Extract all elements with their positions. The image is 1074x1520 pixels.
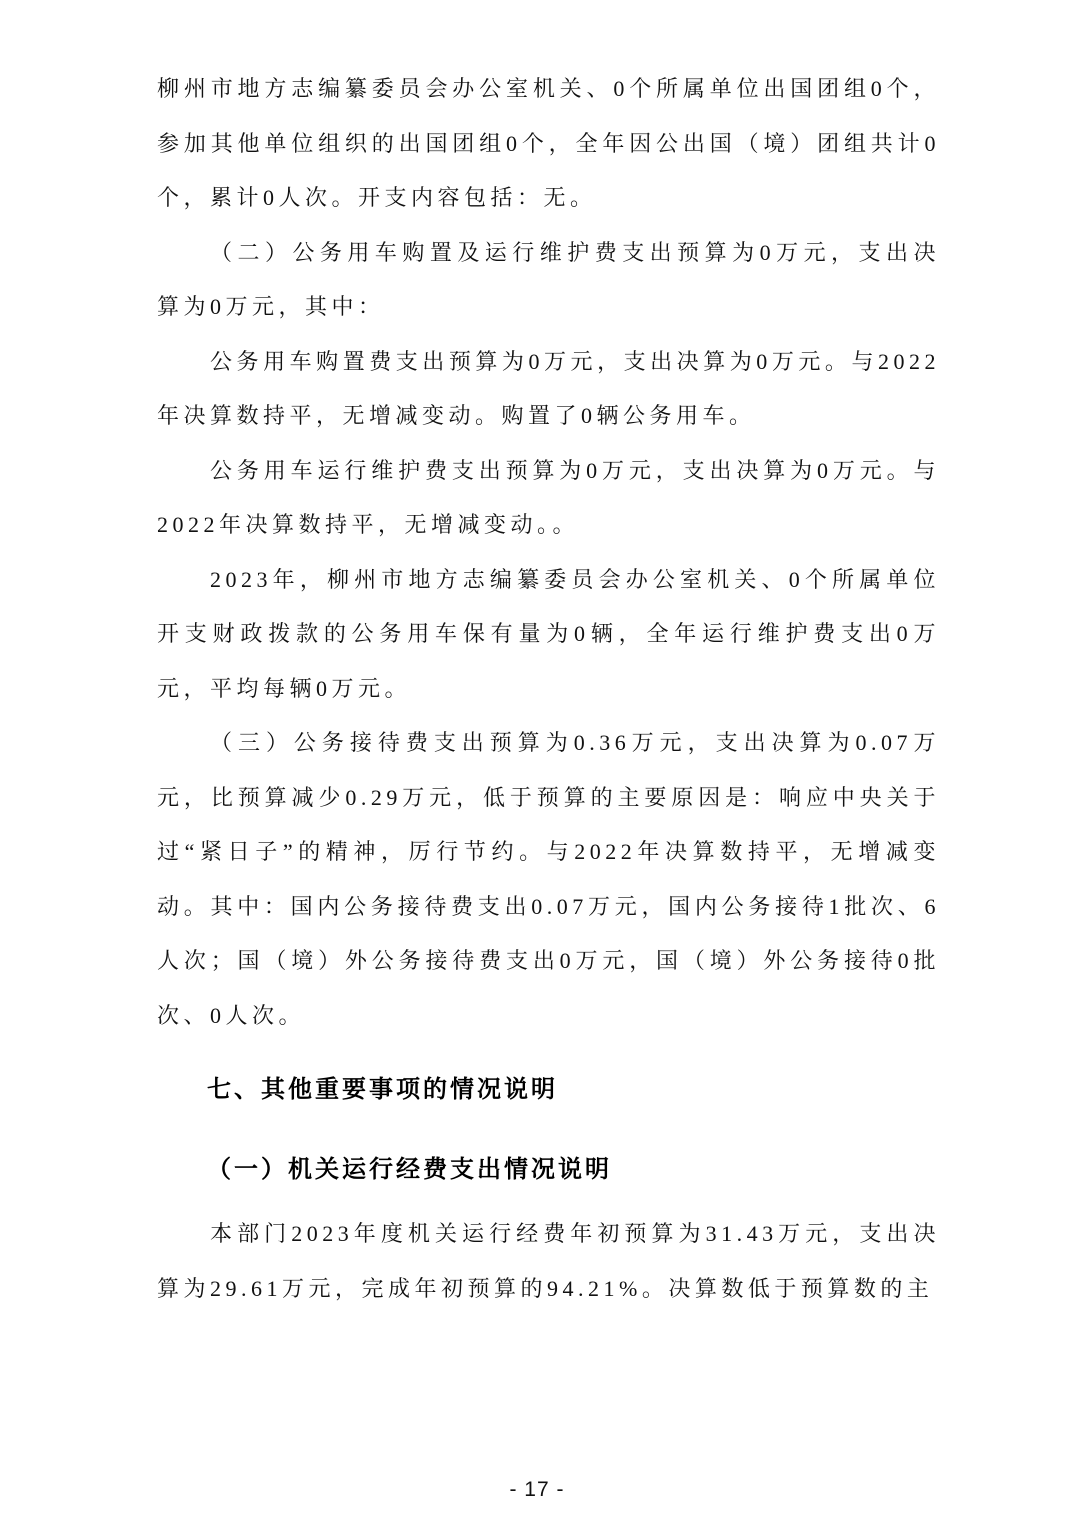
document-page: 柳州市地方志编纂委员会办公室机关、0个所属单位出国团组0个，参加其他单位组织的出…: [0, 0, 1074, 1520]
document-body: 柳州市地方志编纂委员会办公室机关、0个所属单位出国团组0个，参加其他单位组织的出…: [157, 62, 940, 1316]
subsection-heading-agency-operating-expenses: （一）机关运行经费支出情况说明: [157, 1143, 940, 1198]
body-paragraph-operating-expense-budget: 本部门2023年度机关运行经费年初预算为31.43万元，支出决算为29.61万元…: [157, 1207, 940, 1316]
body-paragraph-official-reception: （三）公务接待费支出预算为0.36万元，支出决算为0.07万元，比预算减少0.2…: [157, 716, 940, 1043]
body-paragraph-overseas-trips: 柳州市地方志编纂委员会办公室机关、0个所属单位出国团组0个，参加其他单位组织的出…: [157, 62, 940, 226]
section-heading-other-important-matters: 七、其他重要事项的情况说明: [157, 1063, 940, 1118]
body-paragraph-vehicle-purchase: 公务用车购置费支出预算为0万元，支出决算为0万元。与2022年决算数持平，无增减…: [157, 335, 940, 444]
body-paragraph-vehicle-total: （二）公务用车购置及运行维护费支出预算为0万元，支出决算为0万元，其中：: [157, 226, 940, 335]
body-paragraph-vehicle-maintenance: 公务用车运行维护费支出预算为0万元，支出决算为0万元。与2022年决算数持平，无…: [157, 444, 940, 553]
body-paragraph-vehicle-holdings: 2023年，柳州市地方志编纂委员会办公室机关、0个所属单位开支财政拨款的公务用车…: [157, 553, 940, 717]
page-number: - 17 -: [0, 1478, 1074, 1502]
